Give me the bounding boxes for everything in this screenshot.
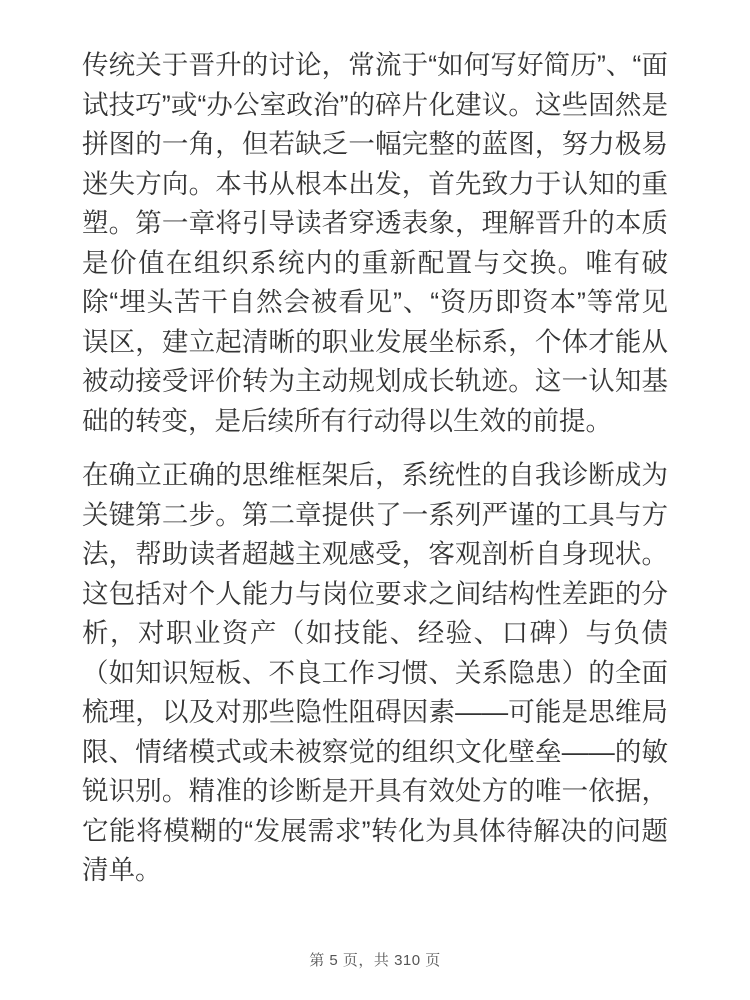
page-indicator: 第 5 页，共 310 页 [309, 952, 441, 969]
paragraph-1: 传统关于晋升的讨论，常流于“如何写好简历”、“面试技巧”或“办公室政治”的碎片化… [82, 46, 668, 441]
page-footer: 第 5 页，共 310 页 [0, 952, 750, 970]
paragraph-2: 在确立正确的思维框架后，系统性的自我诊断成为关键第二步。第二章提供了一系列严谨的… [82, 456, 668, 891]
document-page: 传统关于晋升的讨论，常流于“如何写好简历”、“面试技巧”或“办公室政治”的碎片化… [0, 0, 750, 1000]
page-content: 传统关于晋升的讨论，常流于“如何写好简历”、“面试技巧”或“办公室政治”的碎片化… [0, 0, 750, 891]
